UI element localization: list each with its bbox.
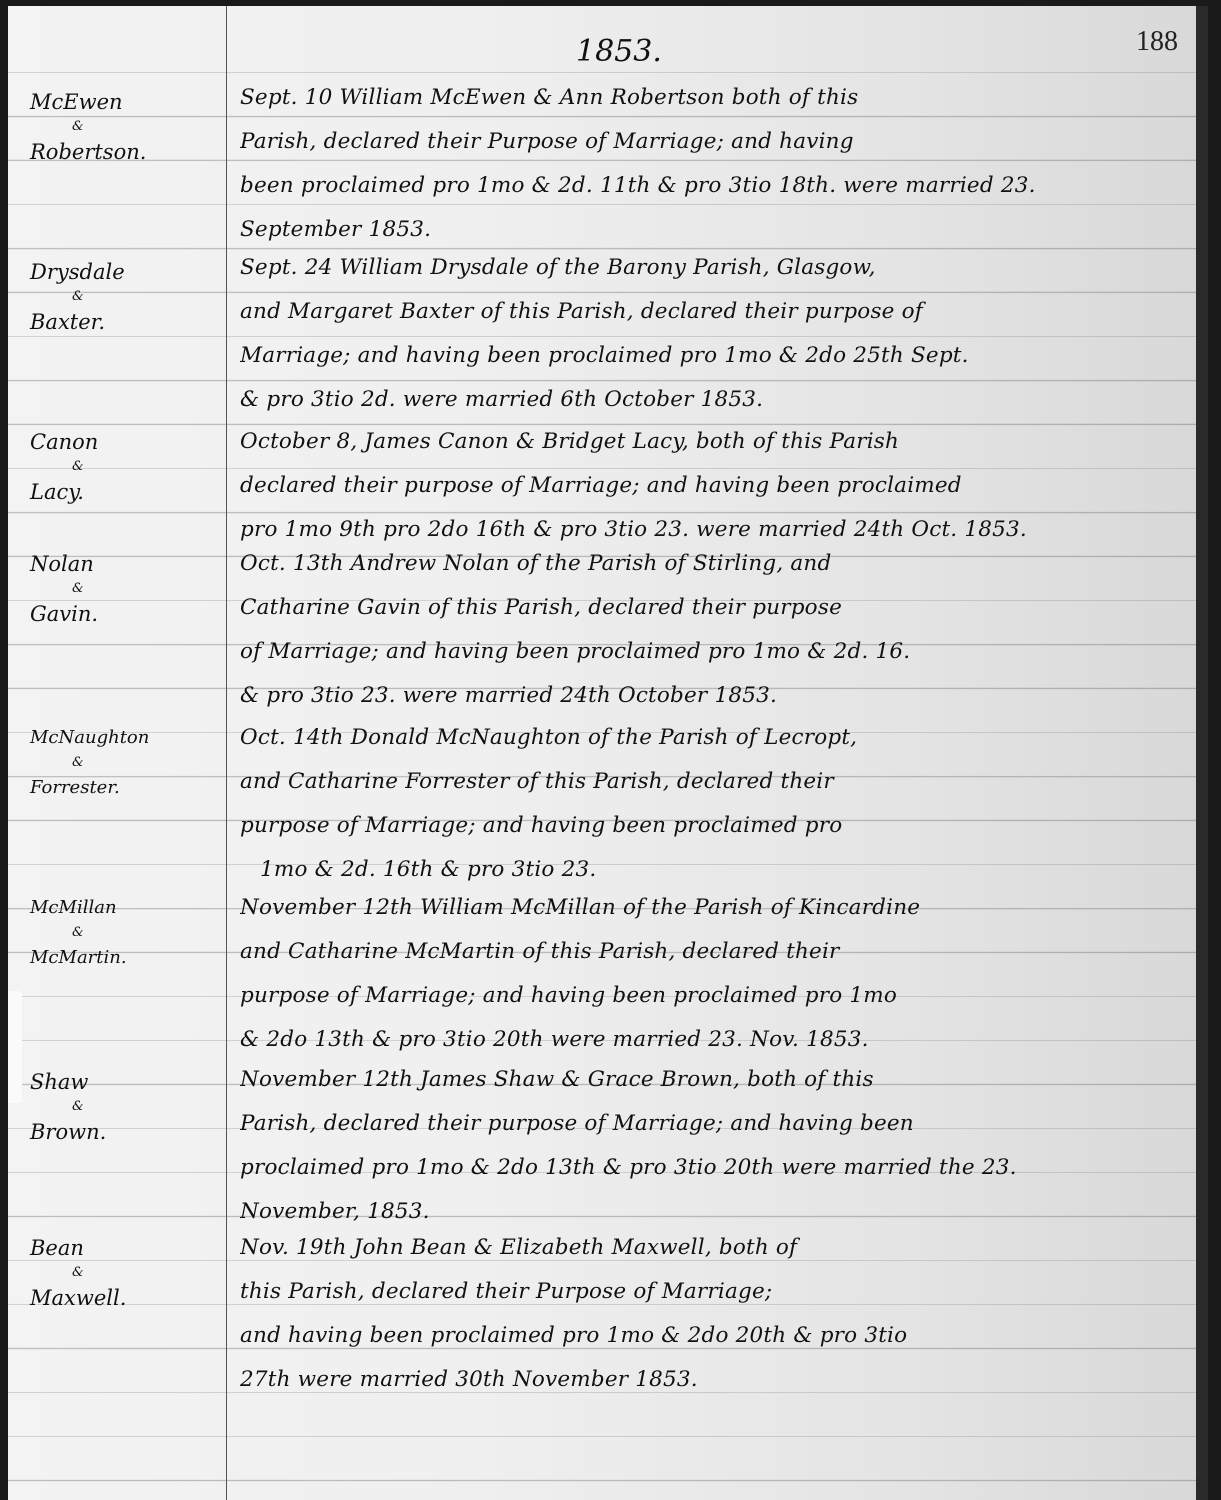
entry-line: Parish, declared their purpose of Marria… bbox=[240, 1102, 1180, 1146]
bride-surname: Baxter. bbox=[30, 310, 105, 334]
bride-surname: Forrester. bbox=[30, 777, 120, 798]
entry-line: Sept. 24 William Drysdale of the Barony … bbox=[240, 246, 1180, 290]
entry-line: Parish, declared their Purpose of Marria… bbox=[240, 120, 1180, 164]
entry-line: 27th were married 30th November 1853. bbox=[240, 1358, 1180, 1402]
entry-line: Nov. 19th John Bean & Elizabeth Maxwell,… bbox=[240, 1226, 1180, 1270]
entry-line: October 8, James Canon & Bridget Lacy, b… bbox=[240, 420, 1180, 464]
ampersand: & bbox=[30, 1270, 220, 1276]
groom-surname: McMillan bbox=[30, 897, 117, 918]
entry-line: Catharine Gavin of this Parish, declared… bbox=[240, 586, 1180, 630]
groom-surname: Canon bbox=[30, 430, 98, 454]
entry-line: and Catharine McMartin of this Parish, d… bbox=[240, 930, 1180, 974]
margin-rule bbox=[226, 6, 227, 1500]
ampersand: & bbox=[30, 124, 220, 130]
entry-text: Nov. 19th John Bean & Elizabeth Maxwell,… bbox=[240, 1226, 1180, 1402]
entry-line: of Marriage; and having been proclaimed … bbox=[240, 630, 1180, 674]
bride-surname: Gavin. bbox=[30, 602, 98, 626]
entry-line: & 2do 13th & pro 3tio 20th were married … bbox=[240, 1018, 1180, 1062]
entry-text: Sept. 10 William McEwen & Ann Robertson … bbox=[240, 76, 1180, 252]
ampersand: & bbox=[30, 464, 220, 470]
entry-line: November 12th James Shaw & Grace Brown, … bbox=[240, 1058, 1180, 1102]
entry-line: purpose of Marriage; and having been pro… bbox=[240, 804, 1180, 848]
entry-line: Oct. 14th Donald McNaughton of the Paris… bbox=[240, 716, 1180, 760]
bride-surname: McMartin. bbox=[30, 947, 127, 968]
entry-names: Drysdale & Baxter. bbox=[30, 250, 220, 344]
paper-tab bbox=[8, 991, 22, 1103]
bride-surname: Maxwell. bbox=[30, 1286, 126, 1310]
entry-names: Nolan & Gavin. bbox=[30, 542, 220, 636]
groom-surname: McEwen bbox=[30, 90, 123, 114]
entry-text: Sept. 24 William Drysdale of the Barony … bbox=[240, 246, 1180, 422]
page-edge-shadow bbox=[1196, 6, 1208, 1500]
entry-line: and Margaret Baxter of this Parish, decl… bbox=[240, 290, 1180, 334]
groom-surname: Shaw bbox=[30, 1070, 88, 1094]
entry-line: & pro 3tio 2d. were married 6th October … bbox=[240, 378, 1180, 422]
entry-names: McNaughton & Forrester. bbox=[30, 716, 220, 810]
ampersand: & bbox=[30, 586, 220, 592]
entry-line: Marriage; and having been proclaimed pro… bbox=[240, 334, 1180, 378]
entry-line: proclaimed pro 1mo & 2do 13th & pro 3tio… bbox=[240, 1146, 1180, 1190]
ampersand: & bbox=[30, 1104, 220, 1110]
entry-text: November 12th William McMillan of the Pa… bbox=[240, 886, 1180, 1062]
year-heading: 1853. bbox=[576, 34, 662, 69]
entry-text: Oct. 13th Andrew Nolan of the Parish of … bbox=[240, 542, 1180, 718]
ampersand: & bbox=[30, 930, 220, 936]
entry-line: and Catharine Forrester of this Parish, … bbox=[240, 760, 1180, 804]
groom-surname: McNaughton bbox=[30, 727, 149, 748]
register-page: 1853. 188 McEwen & Robertson. Sept. 10 W… bbox=[8, 6, 1208, 1500]
ampersand: & bbox=[30, 294, 220, 300]
page-number: 188 bbox=[1136, 26, 1178, 58]
entry-line: November 12th William McMillan of the Pa… bbox=[240, 886, 1180, 930]
ampersand: & bbox=[30, 760, 220, 766]
entry-line: purpose of Marriage; and having been pro… bbox=[240, 974, 1180, 1018]
entry-names: McEwen & Robertson. bbox=[30, 80, 220, 174]
bride-surname: Robertson. bbox=[30, 140, 146, 164]
groom-surname: Nolan bbox=[30, 552, 94, 576]
entry-line: and having been proclaimed pro 1mo & 2do… bbox=[240, 1314, 1180, 1358]
entry-names: Shaw & Brown. bbox=[30, 1060, 220, 1154]
entry-text: October 8, James Canon & Bridget Lacy, b… bbox=[240, 420, 1180, 552]
entry-names: McMillan & McMartin. bbox=[30, 886, 220, 980]
groom-surname: Bean bbox=[30, 1236, 84, 1260]
groom-surname: Drysdale bbox=[30, 260, 125, 284]
bride-surname: Lacy. bbox=[30, 480, 84, 504]
entry-names: Bean & Maxwell. bbox=[30, 1226, 220, 1320]
entry-names: Canon & Lacy. bbox=[30, 420, 220, 514]
entry-text: Oct. 14th Donald McNaughton of the Paris… bbox=[240, 716, 1180, 892]
entry-line: Oct. 13th Andrew Nolan of the Parish of … bbox=[240, 542, 1180, 586]
entry-line: & pro 3tio 23. were married 24th October… bbox=[240, 674, 1180, 718]
entry-text: November 12th James Shaw & Grace Brown, … bbox=[240, 1058, 1180, 1234]
entry-line: this Parish, declared their Purpose of M… bbox=[240, 1270, 1180, 1314]
entry-line: Sept. 10 William McEwen & Ann Robertson … bbox=[240, 76, 1180, 120]
entry-line: declared their purpose of Marriage; and … bbox=[240, 464, 1180, 508]
bride-surname: Brown. bbox=[30, 1120, 106, 1144]
entry-line: been proclaimed pro 1mo & 2d. 11th & pro… bbox=[240, 164, 1180, 208]
